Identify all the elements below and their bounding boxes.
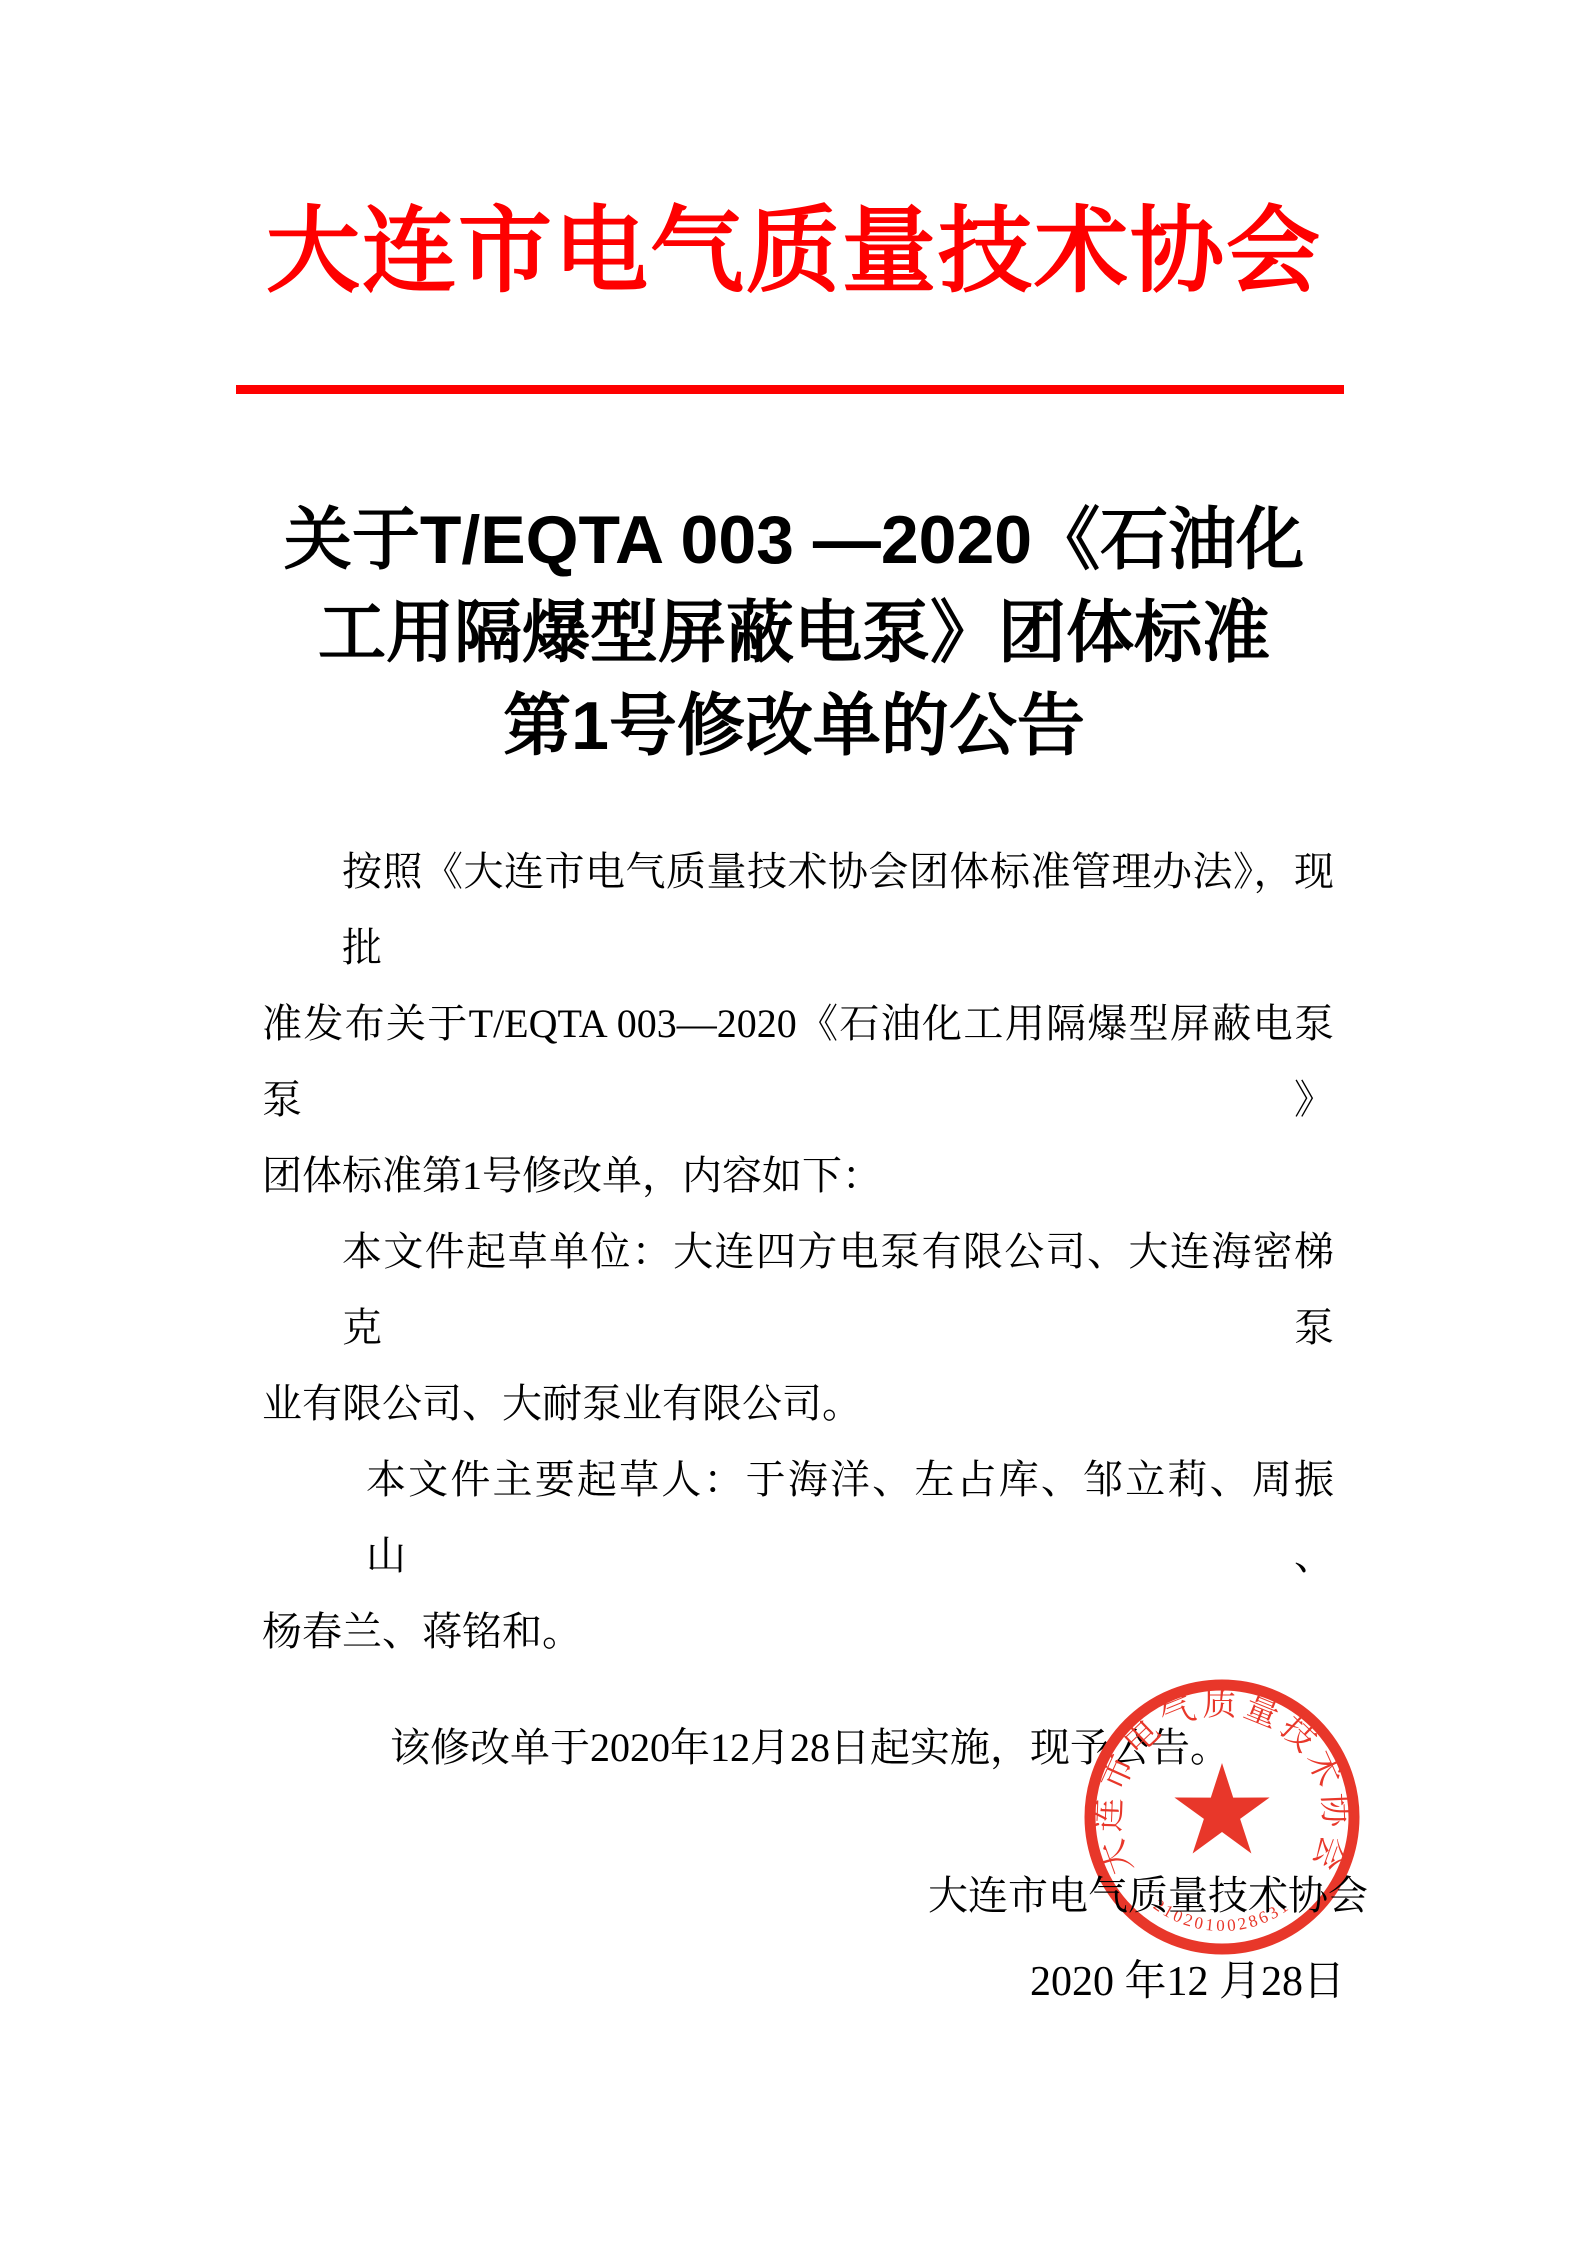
signature-date: 2020 年12 月28日 [1030,1954,1345,2010]
body-line: 按照《大连市电气质量技术协会团体标准管理办法》，现批 [262,834,1334,986]
body-line: 准发布关于T/EQTA 003—2020《石油化工用隔爆型屏蔽电泵泵》 [262,986,1334,1138]
body-line: 本文件主要起草人：于海洋、左占库、邹立莉、周振山、 [262,1442,1334,1594]
announcement-page: 大连市电气质量技术协会 关于T/EQTA 003 —2020《石油化 工用隔爆型… [0,0,1588,2245]
announcement-body: 按照《大连市电气质量技术协会团体标准管理办法》，现批 准发布关于T/EQTA 0… [262,834,1334,1786]
body-line: 杨春兰、蒋铭和。 [262,1594,1334,1670]
signature-organization: 大连市电气质量技术协会 [928,1868,1368,1924]
body-line: 团体标准第1号修改单，内容如下： [262,1138,1334,1214]
body-line: 本文件起草单位：大连四方电泵有限公司、大连海密梯克泵 [262,1214,1334,1366]
organization-header-title: 大连市电气质量技术协会 [0,196,1588,306]
header-red-rule [236,385,1344,394]
document-title: 关于T/EQTA 003 —2020《石油化 工用隔爆型屏蔽电泵》团体标准 第1… [0,494,1588,773]
seal-star-icon [1174,1763,1269,1854]
body-line: 业有限公司、大耐泵业有限公司。 [262,1366,1334,1442]
document-title-line-1: 关于T/EQTA 003 —2020《石油化 [0,494,1588,587]
document-title-line-2: 工用隔爆型屏蔽电泵》团体标准 [0,587,1588,680]
document-title-line-3: 第1号修改单的公告 [0,680,1588,773]
